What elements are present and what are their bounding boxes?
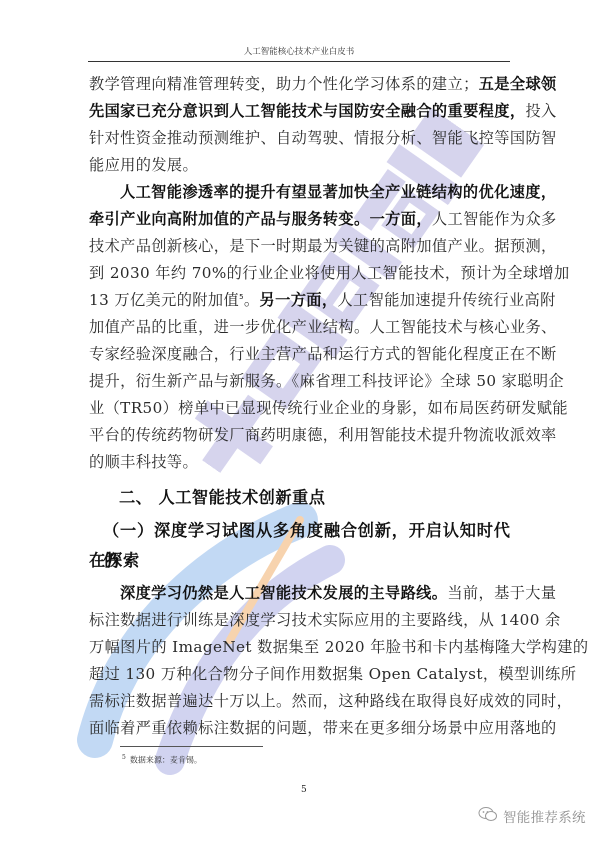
paragraph-line: 教学管理向精准管理转变，助力个性化学习体系的建立；五是全球领 <box>89 71 511 98</box>
text-run: 人工智能加速提升传统行业高附 <box>337 291 555 309</box>
paragraph-line: 人工智能渗透率的提升有望显著加快全产业链结构的优化速度， <box>89 179 511 206</box>
page-header: 人工智能核心技术产业白皮书 <box>88 44 510 62</box>
footnote: 5数据来源：麦肯锡。 <box>122 754 202 766</box>
text-run: 当前，基于大量 <box>447 584 556 602</box>
text-run: 人工智能作为众多 <box>432 210 557 228</box>
paragraph-line: 需标注数据普遍达十万以上。然而，这种路线在取得良好成效的同时， <box>89 688 511 715</box>
brand-label: 智能推荐系统 <box>503 806 586 826</box>
paragraph-line: 标注数据进行训练是深度学习技术实际应用的主要路线，从 1400 余 <box>89 607 511 634</box>
paragraph-line: 到 2030 年约 70%的行业企业将使用人工智能技术，预计为全球增加 <box>89 260 511 287</box>
paragraph-line: 深度学习仍然是人工智能技术发展的主导路线。当前，基于大量 <box>89 580 511 607</box>
section-heading: 二、 人工智能技术创新重点 <box>89 480 511 516</box>
document-body: 教学管理向精准管理转变，助力个性化学习体系的建立；五是全球领 先国家已充分意识到… <box>89 71 511 742</box>
paragraph-line: 加值产品的比重，进一步优化产业结构。人工智能技术与核心业务、 <box>89 314 511 341</box>
paragraph-line: 业（TR50）榜单中已显现传统行业企业的身影，如布局医药研发赋能 <box>89 395 511 422</box>
paragraph-line: 超过 130 万种化合物分子间作用数据集 Open Catalyst，模型训练所 <box>89 661 511 688</box>
text-run: 教学管理向精准管理转变，助力个性化学习体系的建立； <box>89 75 479 93</box>
paragraph-line: 牵引产业向高附加值的产品与服务转变。一方面，人工智能作为众多 <box>89 206 511 233</box>
paragraph-line: 平台的传统药物研发厂商药明康德，利用智能技术提升物流收派效率 <box>89 422 511 449</box>
subsection-heading-continued: 在探索 <box>89 546 511 576</box>
paragraph-line: 13 万亿美元的附加值5。另一方面，人工智能加速提升传统行业高附 <box>89 287 511 314</box>
paragraph-line: 针对性资金推动预测维护、自动驾驶、情报分析、智能飞控等国防智 <box>89 125 511 152</box>
text-run: 投入 <box>525 102 556 120</box>
bold-text-run: 牵引产业向高附加值的产品与服务转变。一方面， <box>89 210 432 228</box>
bold-text-run: 深度学习仍然是人工智能技术发展的主导路线。 <box>120 584 447 602</box>
brand-watermark: 智能推荐系统 <box>478 806 586 826</box>
paragraph-line: 专家经验深度融合，行业主营产品和运行方式的智能化程度正在不断 <box>89 341 511 368</box>
paragraph-line: 能应用的发展。 <box>89 152 511 179</box>
paragraph-line: 技术产品创新核心，是下一时期最为关键的高附加值产业。据预测， <box>89 233 511 260</box>
subsection-heading: （一）深度学习试图从多角度融合创新，开启认知时代仍 <box>89 516 511 546</box>
paragraph-line: 的顺丰科技等。 <box>89 449 511 476</box>
text-run: 。 <box>244 291 260 309</box>
bold-text-run: 五是全球领 <box>479 75 557 93</box>
paragraph-line: 提升，衍生新产品与新服务。《麻省理工科技评论》全球 50 家聪明企 <box>89 368 511 395</box>
page-number: 5 <box>301 785 307 795</box>
footnote-number: 5 <box>122 754 126 761</box>
text-run: 13 万亿美元的附加值 <box>89 291 239 309</box>
paragraph-line: 先国家已充分意识到人工智能技术与国防安全融合的重要程度，投入 <box>89 98 511 125</box>
wechat-icon <box>478 806 498 826</box>
bold-text-run: 先国家已充分意识到人工智能技术与国防安全融合的重要程度， <box>89 102 525 120</box>
paragraph-line: 面临着严重依赖标注数据的问题，带来在更多细分场景中应用落地的 <box>89 715 511 742</box>
footnote-divider <box>120 746 263 747</box>
footnote-text: 数据来源：麦肯锡。 <box>130 756 202 765</box>
bold-text-run: 另一方面， <box>260 291 338 309</box>
paragraph-line: 万幅图片的 ImageNet 数据集至 2020 年脸书和卡内基梅隆大学构建的 <box>89 634 511 661</box>
